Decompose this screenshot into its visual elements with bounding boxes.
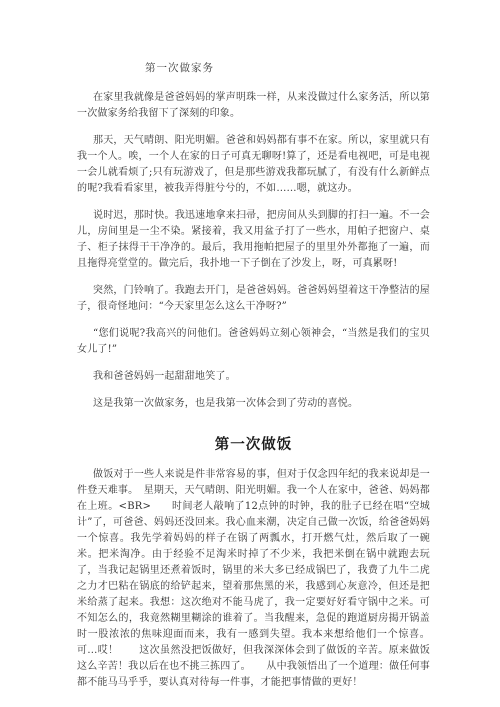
essay1-paragraph-3: 说时迟，那时快。我迅速地拿来扫帚，把房间从头到脚的打扫一遍。不一会儿，房间里是一… — [77, 208, 430, 272]
document-page: 第一次做家务 在家里我就像是爸爸妈妈的掌声明珠一样，从来没做过什么家务活，所以第… — [0, 0, 500, 707]
essay1-paragraph-5: “您们说呢?我高兴的问他们。爸爸妈妈立刻心领神会，“当然是我们的宝贝女儿了!” — [77, 326, 430, 358]
essay2-paragraph-1: 做饭对于一些人来说是件非常容易的事，但对于仅念四年纪的我来说却是一件登天难事。 … — [77, 467, 430, 691]
essay1-paragraph-6: 我和爸爸妈妈一起甜甜地笑了。 — [77, 369, 430, 385]
essay1-paragraph-7: 这是我第一次做家务，也是我第一次体会到了劳动的喜悦。 — [77, 396, 430, 412]
essay1-paragraph-2: 那天，天气晴朗、阳光明媚。爸爸和妈妈都有事不在家。所以，家里就只有我一个人。唉，… — [77, 133, 430, 197]
essay1-paragraph-1: 在家里我就像是爸爸妈妈的掌声明珠一样，从来没做过什么家务活，所以第一次做家务给我… — [77, 90, 430, 122]
essay2-title: 第一次做饭 — [77, 435, 430, 455]
essay1-title: 第一次做家务 — [145, 60, 430, 76]
essay1-paragraph-4: 突然，门铃响了。我跑去开门，是爸爸妈妈。爸爸妈妈望着这干净整洁的屋子，很奇怪地问… — [77, 283, 430, 315]
